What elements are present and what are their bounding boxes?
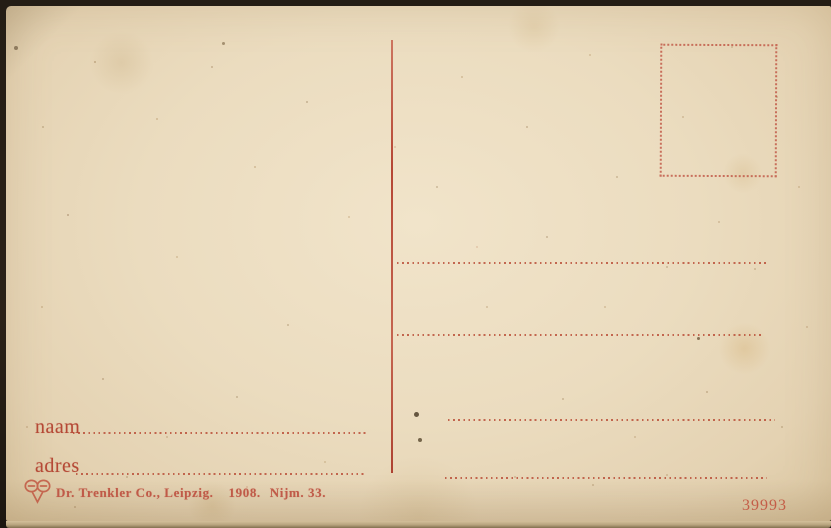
foxing-spot [414, 412, 419, 417]
address-dotted-line-3 [448, 419, 775, 421]
postcard-back: naam adres Dr. Trenkler Co., Leipzig. 19… [6, 6, 831, 521]
publisher-series: Nijm. 33. [270, 485, 326, 501]
foxing-spot [418, 438, 422, 442]
naam-field-label: naam [35, 416, 80, 439]
serial-number: 39993 [742, 497, 787, 515]
postcard-photo-background: naam adres Dr. Trenkler Co., Leipzig. 19… [0, 0, 831, 528]
paper-speckle-texture [6, 6, 8, 8]
address-dotted-line-4 [445, 477, 767, 479]
publisher-name: Dr. Trenkler Co., Leipzig. [56, 485, 214, 501]
publisher-imprint-line: Dr. Trenkler Co., Leipzig. 1908. Nijm. 3… [56, 485, 326, 501]
trenkler-printer-mark-icon [23, 479, 52, 505]
postcard-bottom-edge [6, 521, 831, 528]
adres-field-label: adres [35, 455, 80, 478]
adres-dotted-line [76, 473, 364, 475]
foxing-spot [222, 42, 225, 45]
address-dotted-line-2 [397, 334, 763, 336]
address-dotted-line-1 [397, 262, 766, 264]
publisher-year: 1908. [229, 485, 261, 501]
foxing-spot [14, 46, 18, 50]
center-divider-line [391, 40, 393, 473]
foxing-spot [697, 337, 700, 340]
stamp-box [660, 44, 778, 178]
naam-dotted-line [73, 432, 368, 434]
